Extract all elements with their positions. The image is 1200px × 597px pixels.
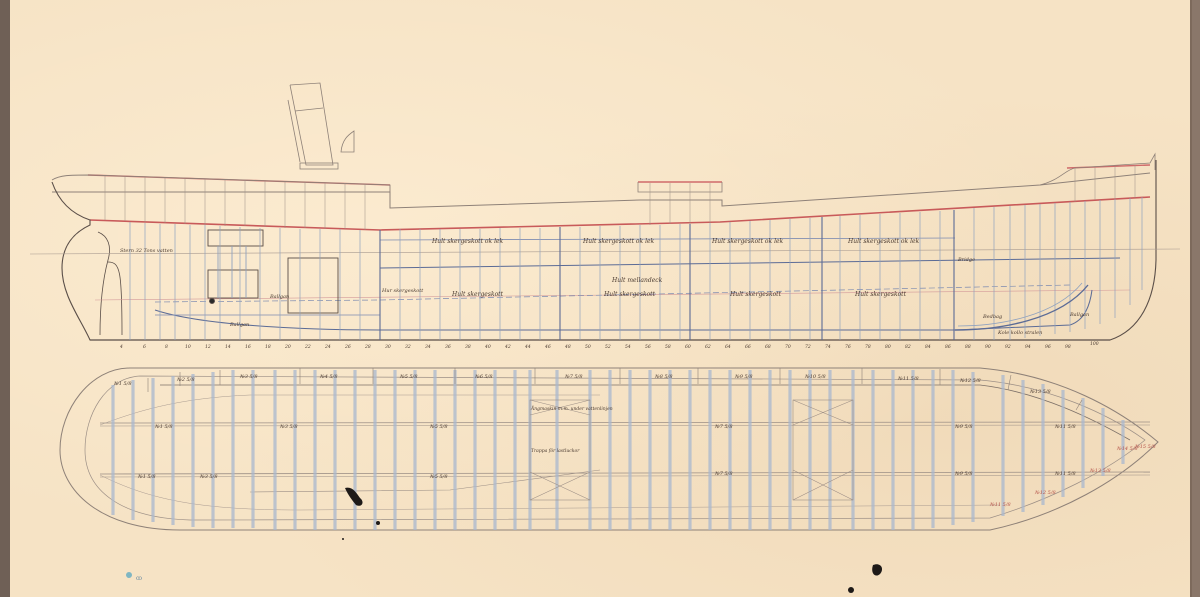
frame-numbers: 4 6 8 10 12 14 16 18 20 22 24 26 28 30 3… — [119, 341, 1099, 350]
deck-plan-view: №1 5/8 №2 5/8 №3 5/8 №4 5/8 №5 5/8 №6 5/… — [60, 368, 1158, 593]
svg-text:№10 5/8: №10 5/8 — [804, 374, 826, 380]
svg-text:58: 58 — [665, 344, 671, 350]
label-bulkhead-2: Hult skergeskott ok lek — [582, 238, 655, 245]
svg-text:60: 60 — [685, 344, 691, 350]
svg-text:№11 5/8: №11 5/8 — [989, 502, 1011, 508]
svg-text:12: 12 — [205, 344, 211, 350]
deck-notes: Ångmaskin m.m. under vattenlinjen Trappa… — [530, 404, 613, 454]
label-ballast-1: Ballgan — [269, 294, 289, 300]
svg-text:20: 20 — [284, 344, 291, 350]
label-bulkhead-4: Hult skergeskott ok lek — [847, 238, 920, 245]
note-hatch-ladder: Trappa för lastluckor — [531, 448, 580, 454]
svg-text:92: 92 — [1005, 344, 1011, 350]
svg-text:№3 5/8: №3 5/8 — [239, 374, 258, 380]
svg-text:№11 5/8: №11 5/8 — [1054, 471, 1076, 477]
svg-text:90: 90 — [985, 344, 991, 350]
svg-text:94: 94 — [1025, 344, 1031, 350]
svg-text:54: 54 — [625, 344, 631, 350]
svg-text:52: 52 — [605, 344, 611, 350]
svg-text:№12 5/8: №12 5/8 — [959, 378, 981, 384]
label-ballast-3: Ballgan — [1069, 312, 1089, 318]
svg-text:62: 62 — [705, 344, 711, 350]
svg-text:№6 5/8: №6 5/8 — [474, 374, 493, 380]
svg-text:ꝏ: ꝏ — [136, 575, 142, 582]
label-bulkhead-3: Hult skergeskott ok lek — [711, 238, 784, 245]
svg-text:4: 4 — [119, 344, 123, 350]
label-water-tank: Stern 32 Tons vatten — [120, 248, 173, 254]
svg-text:82: 82 — [905, 344, 911, 350]
ink-blots — [342, 488, 882, 593]
svg-text:№11 5/8: №11 5/8 — [1054, 424, 1076, 430]
svg-text:74: 74 — [825, 344, 831, 350]
svg-text:№7 5/8: №7 5/8 — [714, 471, 733, 477]
svg-text:№5 5/8: №5 5/8 — [399, 374, 418, 380]
svg-text:№2 5/8: №2 5/8 — [176, 377, 195, 383]
svg-text:46: 46 — [544, 344, 551, 350]
svg-text:80: 80 — [885, 344, 891, 350]
label-ballast-2: Ballgan — [229, 322, 249, 328]
svg-text:70: 70 — [785, 344, 791, 350]
funnel — [288, 83, 354, 169]
svg-text:№13 5/8: №13 5/8 — [1029, 389, 1051, 395]
hatch-fore — [793, 400, 853, 500]
svg-text:64: 64 — [725, 344, 731, 350]
svg-text:32: 32 — [405, 344, 411, 350]
svg-text:№9 5/8: №9 5/8 — [954, 471, 973, 477]
svg-text:100: 100 — [1090, 341, 1099, 347]
svg-text:36: 36 — [445, 344, 451, 350]
note-engine: Ångmaskin m.m. under vattenlinjen — [530, 404, 613, 412]
svg-text:68: 68 — [765, 344, 771, 350]
svg-text:44: 44 — [524, 344, 531, 350]
svg-text:№3 5/8: №3 5/8 — [199, 474, 218, 480]
strake-labels: №1 5/8 №2 5/8 №3 5/8 №4 5/8 №5 5/8 №6 5/… — [113, 374, 1076, 480]
svg-text:6: 6 — [143, 344, 146, 350]
svg-text:8: 8 — [165, 344, 168, 350]
svg-text:22: 22 — [304, 344, 311, 350]
label-bulkhead-6: Hult skergeskott — [603, 291, 656, 298]
stain-spots: ꝏ — [126, 572, 142, 582]
svg-text:28: 28 — [364, 344, 371, 350]
ship-plan-drawing: Hult skergeskott ok lek Hult skergeskott… — [0, 0, 1200, 597]
label-bulkhead-fore: Hur skergeskott — [381, 288, 424, 294]
svg-text:№9 5/8: №9 5/8 — [954, 424, 973, 430]
svg-text:98: 98 — [1065, 344, 1071, 350]
svg-text:№12 5/8: №12 5/8 — [1034, 490, 1056, 496]
svg-text:76: 76 — [845, 344, 851, 350]
svg-text:72: 72 — [805, 344, 811, 350]
svg-text:16: 16 — [245, 344, 251, 350]
svg-text:18: 18 — [265, 344, 271, 350]
label-keel: Kole kollo stralen — [997, 330, 1042, 336]
svg-text:86: 86 — [945, 344, 951, 350]
svg-text:№4 5/8: №4 5/8 — [319, 374, 338, 380]
label-bulkhead-7: Hult skergeskott — [729, 291, 782, 298]
svg-text:30: 30 — [385, 344, 391, 350]
svg-text:№7 5/8: №7 5/8 — [564, 374, 583, 380]
label-bulkhead-8: Hult skergeskott — [854, 291, 907, 298]
svg-text:№5 5/8: №5 5/8 — [429, 424, 448, 430]
label-bridge: Bridge — [957, 257, 975, 263]
svg-text:96: 96 — [1045, 344, 1051, 350]
svg-text:№8 5/8: №8 5/8 — [654, 374, 673, 380]
svg-text:78: 78 — [865, 344, 871, 350]
svg-text:56: 56 — [645, 344, 651, 350]
label-bulkhead-5: Hult skergeskott — [451, 291, 504, 298]
svg-text:42: 42 — [504, 344, 511, 350]
label-bulkhead-1: Hult skergeskott ok lek — [431, 238, 504, 245]
deck-beams — [113, 370, 1123, 530]
svg-text:40: 40 — [484, 344, 491, 350]
svg-text:48: 48 — [564, 344, 571, 350]
svg-text:88: 88 — [965, 344, 971, 350]
svg-text:№9 5/8: №9 5/8 — [734, 374, 753, 380]
svg-text:№3 5/8: №3 5/8 — [279, 424, 298, 430]
svg-text:№13 5/8: №13 5/8 — [1089, 468, 1111, 474]
svg-text:№1 5/8: №1 5/8 — [154, 424, 173, 430]
svg-text:50: 50 — [585, 344, 591, 350]
svg-text:10: 10 — [185, 344, 191, 350]
svg-text:№1 5/8: №1 5/8 — [113, 381, 132, 387]
svg-text:38: 38 — [465, 344, 471, 350]
svg-text:№7 5/8: №7 5/8 — [714, 424, 733, 430]
svg-text:№1 5/8: №1 5/8 — [137, 474, 156, 480]
svg-text:24: 24 — [324, 344, 331, 350]
label-mid-deck: Hult mellandeck — [611, 277, 663, 284]
svg-text:14: 14 — [225, 344, 231, 350]
svg-text:№15 5/8: №15 5/8 — [1134, 444, 1156, 450]
svg-text:34: 34 — [425, 344, 431, 350]
svg-text:№11 5/8: №11 5/8 — [897, 376, 919, 382]
svg-text:26: 26 — [344, 344, 351, 350]
svg-text:66: 66 — [745, 344, 751, 350]
label-bedbag: Bedbag — [982, 314, 1002, 320]
svg-text:84: 84 — [925, 344, 931, 350]
svg-text:№5 5/8: №5 5/8 — [429, 474, 448, 480]
profile-view: Hult skergeskott ok lek Hult skergeskott… — [30, 83, 1180, 350]
